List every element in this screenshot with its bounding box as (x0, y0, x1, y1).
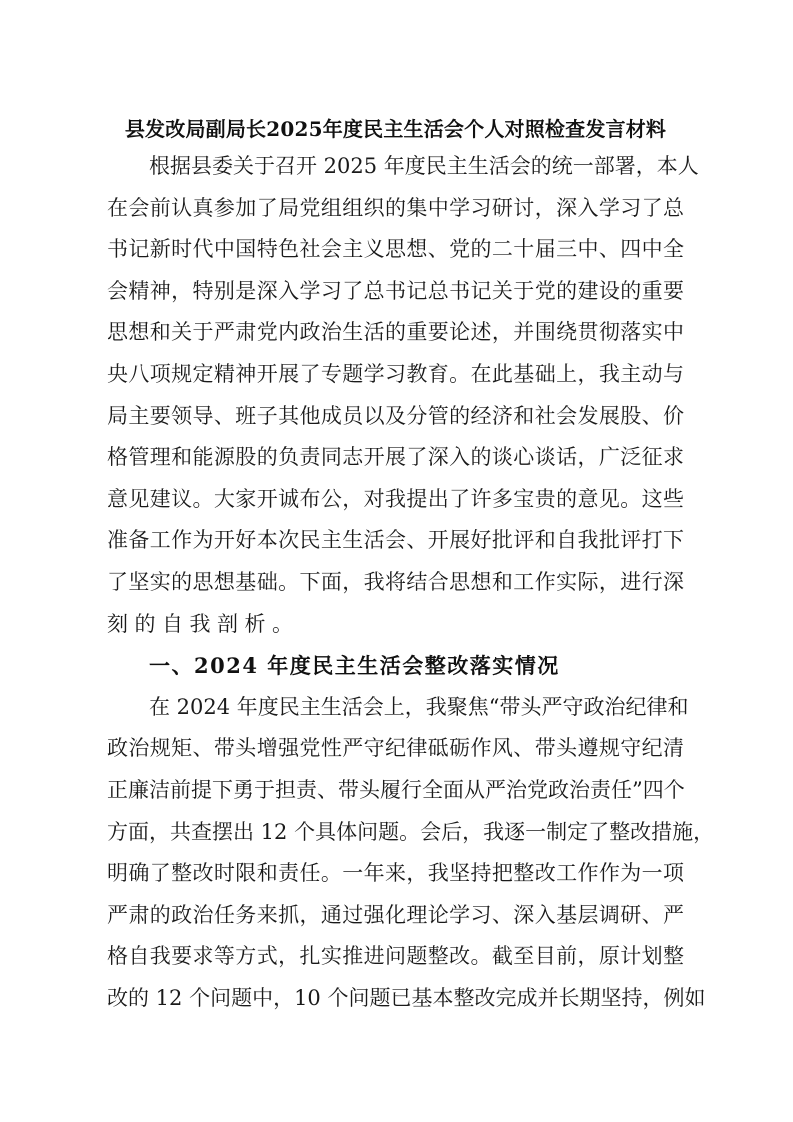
text-line: 格管理和能源股的负责同志开展了深入的谈心谈话，广泛征求 (107, 437, 684, 479)
text-line: 方面，共查摆出 12 个具体问题。会后，我逐一制定了整改措施， (107, 812, 684, 854)
text-line: 政治规矩、带头增强党性严守纪律砥砺作风、带头遵规守纪清 (107, 728, 684, 770)
text-line: 书记新时代中国特色社会主义思想、党的二十届三中、四中全 (107, 229, 684, 271)
text-line: 严肃的政治任务来抓，通过强化理论学习、深入基层调研、严 (107, 895, 684, 937)
section-paragraph: 在 2024 年度民主生活会上，我聚焦“带头严守政治纪律和 政治规矩、带头增强党… (107, 687, 684, 1020)
text-line: 思想和关于严肃党内政治生活的重要论述，并围绕贯彻落实中 (107, 312, 684, 354)
intro-paragraph: 根据县委关于召开 2025 年度民主生活会的统一部署，本人 在会前认真参加了局党… (107, 146, 684, 645)
text-line: 刻的自我剖析。 (107, 604, 684, 646)
text-line: 局主要领导、班子其他成员以及分管的经济和社会发展股、价 (107, 396, 684, 438)
text-line: 央八项规定精神开展了专题学习教育。在此基础上，我主动与 (107, 354, 684, 396)
text-line: 会精神，特别是深入学习了总书记总书记关于党的建设的重要 (107, 271, 684, 313)
document-title: 县发改局副局长2025年度民主生活会个人对照检查发言材料 (95, 112, 696, 146)
text-line: 改的 12 个问题中，10 个问题已基本整改完成并长期坚持，例如 (107, 978, 684, 1020)
text-line: 在会前认真参加了局党组组织的集中学习研讨，深入学习了总 (107, 188, 684, 230)
text-line: 明确了整改时限和责任。一年来，我坚持把整改工作作为一项 (107, 853, 684, 895)
document-page: 县发改局副局长2025年度民主生活会个人对照检查发言材料 根据县委关于召开 20… (107, 112, 684, 1019)
text-line: 准备工作为开好本次民主生活会、开展好批评和自我批评打下 (107, 520, 684, 562)
text-line: 在 2024 年度民主生活会上，我聚焦“带头严守政治纪律和 (107, 687, 684, 729)
text-line: 格自我要求等方式，扎实推进问题整改。截至目前，原计划整 (107, 936, 684, 978)
text-line: 意见建议。大家开诚布公，对我提出了许多宝贵的意见。这些 (107, 479, 684, 521)
section-heading: 一、2024 年度民主生活会整改落实情况 (107, 645, 684, 687)
text-line: 正廉洁前提下勇于担责、带头履行全面从严治党政治责任”四个 (107, 770, 684, 812)
text-line: 根据县委关于召开 2025 年度民主生活会的统一部署，本人 (107, 146, 684, 188)
text-line: 了坚实的思想基础。下面，我将结合思想和工作实际，进行深 (107, 562, 684, 604)
